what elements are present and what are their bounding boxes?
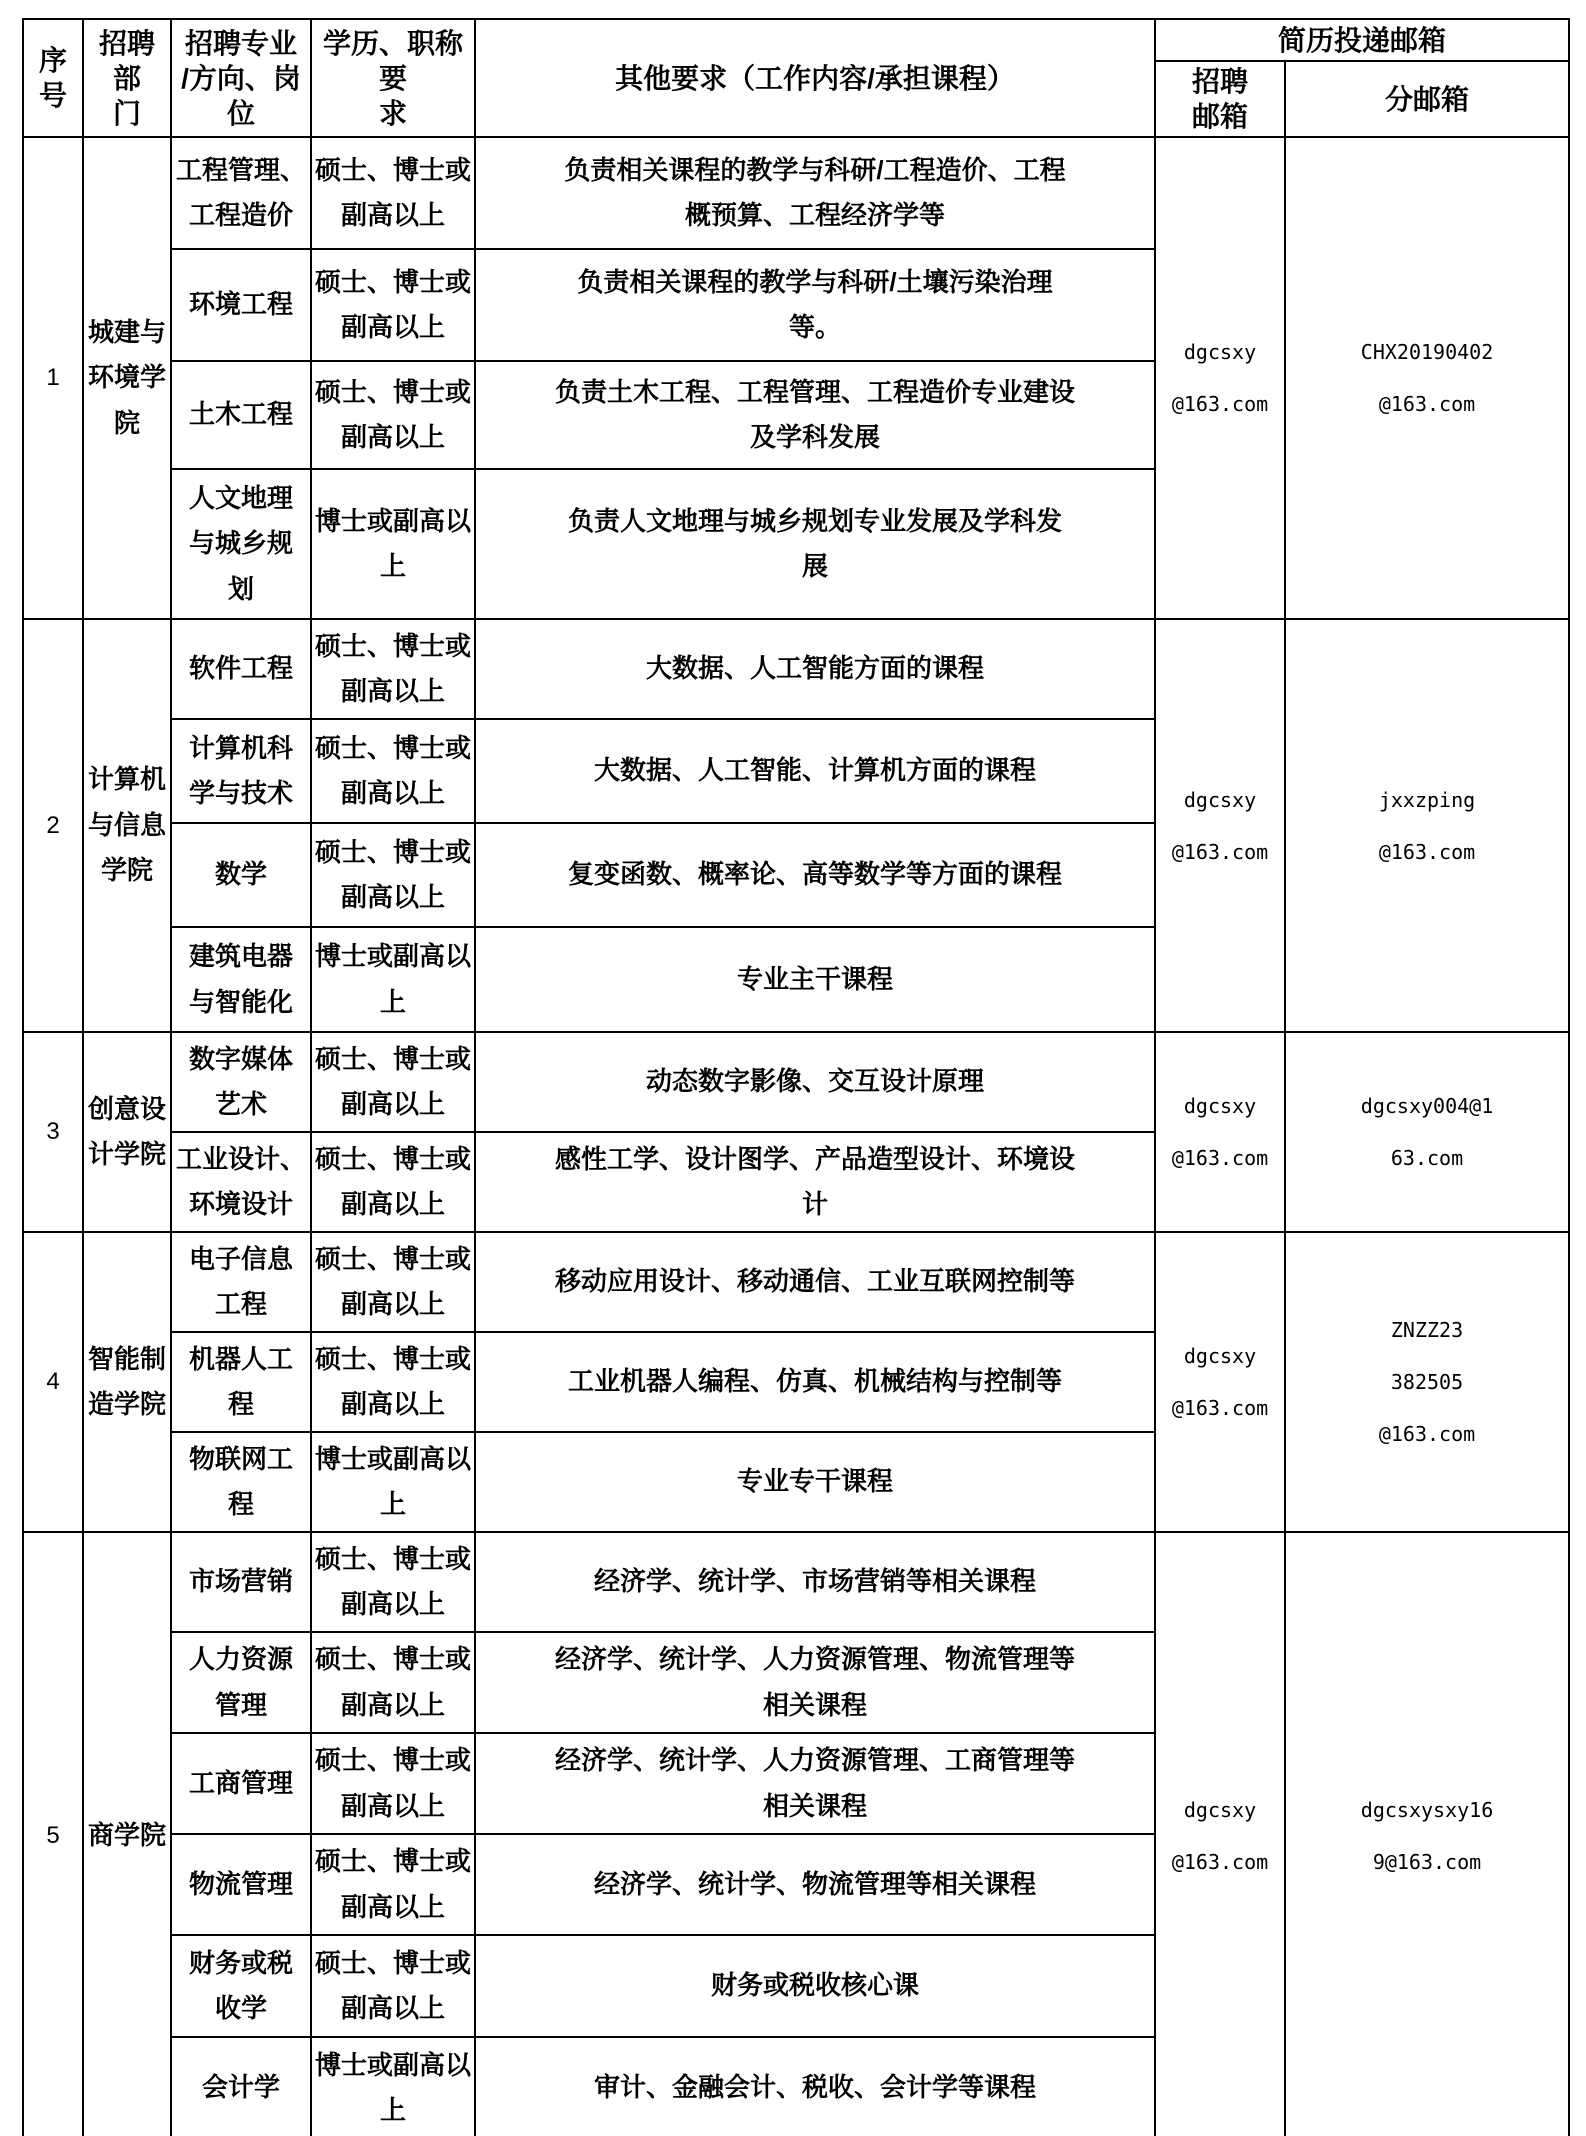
header-department: 招聘部 门 [83, 19, 171, 137]
cell-serial: 2 [23, 619, 83, 1032]
cell-degree: 硕士、博士或 副高以上 [311, 1935, 475, 2037]
table-row: 2计算机 与信息 学院软件工程硕士、博士或 副高以上大数据、人工智能方面的课程d… [23, 619, 1569, 719]
cell-requirements: 负责相关课程的教学与科研/工程造价、工程 概预算、工程经济学等 [475, 137, 1155, 249]
cell-serial: 3 [23, 1032, 83, 1232]
header-email-group: 简历投递邮箱 [1155, 19, 1569, 61]
cell-requirements: 财务或税收核心课 [475, 1935, 1155, 2037]
cell-serial: 1 [23, 137, 83, 619]
cell-email-sub: dgcsxysxy16 9@163.com [1285, 1532, 1569, 2136]
cell-requirements: 工业机器人编程、仿真、机械结构与控制等 [475, 1332, 1155, 1432]
cell-department: 创意设 计学院 [83, 1032, 171, 1232]
cell-department: 智能制 造学院 [83, 1232, 171, 1532]
cell-requirements: 经济学、统计学、人力资源管理、工商管理等 相关课程 [475, 1733, 1155, 1834]
cell-requirements: 移动应用设计、移动通信、工业互联网控制等 [475, 1232, 1155, 1332]
cell-requirements: 负责相关课程的教学与科研/土壤污染治理 等。 [475, 249, 1155, 361]
cell-requirements: 经济学、统计学、市场营销等相关课程 [475, 1532, 1155, 1632]
cell-specialty: 数学 [171, 823, 311, 927]
cell-specialty: 电子信息 工程 [171, 1232, 311, 1332]
header-email-recruit: 招聘 邮箱 [1155, 61, 1285, 137]
cell-email-recruit: dgcsxy @163.com [1155, 1032, 1285, 1232]
cell-degree: 博士或副高以 上 [311, 1432, 475, 1532]
cell-degree: 硕士、博士或 副高以上 [311, 1834, 475, 1935]
cell-email-recruit: dgcsxy @163.com [1155, 1232, 1285, 1532]
table-header: 序 号 招聘部 门 招聘专业 /方向、岗 位 学历、职称要 求 其他要求（工作内… [23, 19, 1569, 137]
header-requirements: 其他要求（工作内容/承担课程） [475, 19, 1155, 137]
cell-requirements: 复变函数、概率论、高等数学等方面的课程 [475, 823, 1155, 927]
cell-requirements: 审计、金融会计、税收、会计学等课程 [475, 2037, 1155, 2136]
cell-email-sub: CHX20190402 @163.com [1285, 137, 1569, 619]
cell-specialty: 环境工程 [171, 249, 311, 361]
cell-degree: 硕士、博士或 副高以上 [311, 719, 475, 823]
cell-degree: 硕士、博士或 副高以上 [311, 619, 475, 719]
cell-degree: 硕士、博士或 副高以上 [311, 1132, 475, 1232]
cell-specialty: 市场营销 [171, 1532, 311, 1632]
cell-degree: 博士或副高以 上 [311, 927, 475, 1032]
cell-degree: 硕士、博士或 副高以上 [311, 1733, 475, 1834]
cell-degree: 硕士、博士或 副高以上 [311, 1532, 475, 1632]
cell-degree: 硕士、博士或 副高以上 [311, 361, 475, 469]
cell-requirements: 经济学、统计学、人力资源管理、物流管理等 相关课程 [475, 1632, 1155, 1733]
header-degree: 学历、职称要 求 [311, 19, 475, 137]
cell-degree: 硕士、博士或 副高以上 [311, 1232, 475, 1332]
cell-specialty: 财务或税 收学 [171, 1935, 311, 2037]
cell-requirements: 大数据、人工智能、计算机方面的课程 [475, 719, 1155, 823]
cell-degree: 硕士、博士或 副高以上 [311, 249, 475, 361]
cell-specialty: 工业设计、 环境设计 [171, 1132, 311, 1232]
cell-specialty: 物联网工 程 [171, 1432, 311, 1532]
cell-specialty: 人力资源 管理 [171, 1632, 311, 1733]
table-row: 4智能制 造学院电子信息 工程硕士、博士或 副高以上移动应用设计、移动通信、工业… [23, 1232, 1569, 1332]
cell-degree: 硕士、博士或 副高以上 [311, 823, 475, 927]
cell-specialty: 计算机科 学与技术 [171, 719, 311, 823]
cell-requirements: 专业专干课程 [475, 1432, 1155, 1532]
cell-requirements: 负责土木工程、工程管理、工程造价专业建设 及学科发展 [475, 361, 1155, 469]
cell-department: 商学院 [83, 1532, 171, 2136]
cell-specialty: 工商管理 [171, 1733, 311, 1834]
cell-specialty: 会计学 [171, 2037, 311, 2136]
table-body: 1城建与 环境学 院工程管理、 工程造价硕士、博士或 副高以上负责相关课程的教学… [23, 137, 1569, 2136]
header-row-1: 序 号 招聘部 门 招聘专业 /方向、岗 位 学历、职称要 求 其他要求（工作内… [23, 19, 1569, 61]
cell-requirements: 动态数字影像、交互设计原理 [475, 1032, 1155, 1132]
cell-specialty: 土木工程 [171, 361, 311, 469]
table-row: 5商学院市场营销硕士、博士或 副高以上经济学、统计学、市场营销等相关课程dgcs… [23, 1532, 1569, 1632]
cell-email-recruit: dgcsxy @163.com [1155, 137, 1285, 619]
cell-requirements: 专业主干课程 [475, 927, 1155, 1032]
cell-degree: 硕士、博士或 副高以上 [311, 1032, 475, 1132]
table-row: 3创意设 计学院数字媒体 艺术硕士、博士或 副高以上动态数字影像、交互设计原理d… [23, 1032, 1569, 1132]
cell-email-sub: ZNZZ23 382505 @163.com [1285, 1232, 1569, 1532]
cell-requirements: 感性工学、设计图学、产品造型设计、环境设 计 [475, 1132, 1155, 1232]
cell-department: 城建与 环境学 院 [83, 137, 171, 619]
cell-specialty: 软件工程 [171, 619, 311, 719]
cell-degree: 博士或副高以 上 [311, 2037, 475, 2136]
cell-degree: 博士或副高以 上 [311, 469, 475, 619]
cell-specialty: 建筑电器 与智能化 [171, 927, 311, 1032]
table-row: 1城建与 环境学 院工程管理、 工程造价硕士、博士或 副高以上负责相关课程的教学… [23, 137, 1569, 249]
cell-degree: 硕士、博士或 副高以上 [311, 1332, 475, 1432]
cell-email-recruit: dgcsxy @163.com [1155, 1532, 1285, 2136]
cell-requirements: 负责人文地理与城乡规划专业发展及学科发 展 [475, 469, 1155, 619]
cell-email-sub: dgcsxy004@1 63.com [1285, 1032, 1569, 1232]
cell-specialty: 物流管理 [171, 1834, 311, 1935]
cell-specialty: 机器人工 程 [171, 1332, 311, 1432]
cell-specialty: 工程管理、 工程造价 [171, 137, 311, 249]
recruitment-table: 序 号 招聘部 门 招聘专业 /方向、岗 位 学历、职称要 求 其他要求（工作内… [22, 18, 1570, 2136]
cell-degree: 硕士、博士或 副高以上 [311, 1632, 475, 1733]
cell-serial: 4 [23, 1232, 83, 1532]
header-serial: 序 号 [23, 19, 83, 137]
cell-specialty: 数字媒体 艺术 [171, 1032, 311, 1132]
cell-serial: 5 [23, 1532, 83, 2136]
cell-email-recruit: dgcsxy @163.com [1155, 619, 1285, 1032]
cell-department: 计算机 与信息 学院 [83, 619, 171, 1032]
cell-degree: 硕士、博士或 副高以上 [311, 137, 475, 249]
cell-requirements: 大数据、人工智能方面的课程 [475, 619, 1155, 719]
header-specialty: 招聘专业 /方向、岗 位 [171, 19, 311, 137]
header-email-sub: 分邮箱 [1285, 61, 1569, 137]
cell-specialty: 人文地理 与城乡规 划 [171, 469, 311, 619]
cell-requirements: 经济学、统计学、物流管理等相关课程 [475, 1834, 1155, 1935]
cell-email-sub: jxxzping @163.com [1285, 619, 1569, 1032]
